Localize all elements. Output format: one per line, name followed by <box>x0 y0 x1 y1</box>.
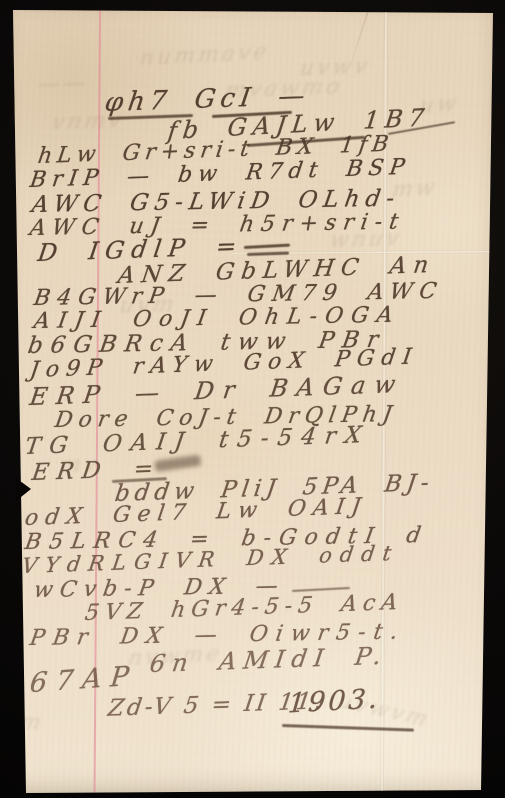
ghost-writing: —— <box>36 72 90 96</box>
handwriting-line: 67AP <box>29 662 140 697</box>
ghost-writing: m <box>18 712 47 734</box>
photo-stage: nummaveuvwv——mvawmouwvnmvwnuvmwuvmmvnvwm… <box>0 0 505 798</box>
manuscript-paper: nummaveuvwv——mvawmouwvnmvwnuvmwuvmmvnvwm… <box>0 0 505 798</box>
